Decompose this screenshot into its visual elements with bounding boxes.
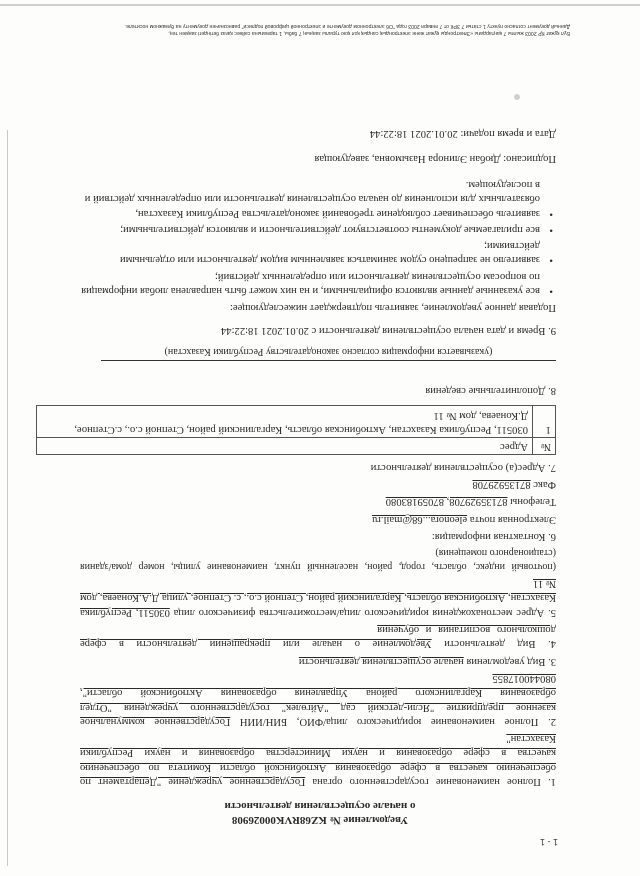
scan-speck xyxy=(514,94,520,100)
document-body: 1. Полное наименование государственного … xyxy=(80,123,556,788)
contact-phones: Телефоны 87135929708, 87059183080 xyxy=(80,494,556,508)
section-3: 3. Вид уведомления начале осуществления … xyxy=(80,653,556,667)
footer-russian: Данный документ согласно пункту 1 статьи… xyxy=(50,23,570,30)
section-5: 5. Адрес местонахождения юридического ли… xyxy=(80,576,556,619)
page-number: 1 - 1 xyxy=(540,836,558,848)
submission-label: Дата и время подачи: xyxy=(460,128,556,139)
table-row: 1 030511, Республика Казахстан, Актюбинс… xyxy=(37,406,556,438)
page-edge-bottom xyxy=(0,4,640,6)
email-value: eleonora...68@mail.ru xyxy=(372,514,467,525)
section-6-label: 6. Контактная информация: xyxy=(80,529,556,543)
phones-value: 87135929708, 87059183080 xyxy=(386,496,508,507)
confirmation-list: все указанные данные являются официальны… xyxy=(80,177,556,297)
submission-value: 20.01.2021 18:22:44 xyxy=(370,128,458,139)
section-7-label: 7. Адрес(а) осуществления деятельности xyxy=(80,459,556,473)
section-8-hint: (указывается информация согласно законод… xyxy=(101,345,556,359)
table-header-number: № xyxy=(533,438,556,455)
section-9: 9. Время и дата начала осуществления дея… xyxy=(80,322,556,336)
section-8-label: 8. Дополнительные сведения xyxy=(80,383,556,397)
signature-label: Подписано: xyxy=(503,153,556,164)
fax-label: Факс xyxy=(533,479,556,490)
activity-address-table: № Адрес 1 030511, Республика Казахстан, … xyxy=(36,405,556,455)
table-header-address: Адрес xyxy=(37,438,533,455)
table-header-row: № Адрес xyxy=(37,438,556,455)
footer-kazakh: Бұл құжат ҚР 2003 жылғы 7 қаңтардағы «Эл… xyxy=(50,29,570,36)
section-5-label: 5. Адрес местонахождения юридического ли… xyxy=(174,607,556,618)
document-page: 1 - 1 Уведомление № KZ68RVK00026908 о на… xyxy=(0,0,640,876)
section-4-label: 4. Вид деятельности xyxy=(444,638,556,649)
contact-fax: Факс 87135929708 xyxy=(80,477,556,491)
email-label: Электронная почта xyxy=(470,514,556,525)
confirmation-item: все указанные данные являются официальны… xyxy=(80,268,544,297)
phones-label: Телефоны xyxy=(510,496,556,507)
table-cell-number: 1 xyxy=(533,406,556,438)
submission-datetime: Дата и время подачи: 20.01.2021 18:22:44 xyxy=(80,126,556,140)
signature-value: Дюбан Элинора Назымовна, заведующая xyxy=(314,153,500,164)
legal-footer: Бұл құжат ҚР 2003 жылғы 7 қаңтардағы «Эл… xyxy=(50,23,570,37)
section-9-label: 9. Время и дата начала осуществления дея… xyxy=(312,325,556,336)
section-2-label: 2. Полное наименование юридического лица… xyxy=(240,716,556,727)
section-1-label: 1. Полное наименование государственного … xyxy=(312,776,556,787)
table-cell-address: 030511, Республика Казахстан, Актюбинска… xyxy=(37,406,533,438)
notice-number-heading: Уведомление № KZ68RVK00026908 xyxy=(0,812,640,826)
notice-subtitle: о начале осуществления деятельности xyxy=(0,799,640,813)
signature: Подписано: Дюбан Элинора Назымовна, заве… xyxy=(80,150,556,164)
section-3-value: начале осуществления деятельности xyxy=(299,656,464,667)
confirmation-item: заявителю не запрещено судом заниматься … xyxy=(80,238,544,267)
confirmation-item: все прилагаемые документы соответствуют … xyxy=(80,222,544,236)
additional-info-line xyxy=(101,360,556,361)
section-5-hint: (почтовый индекс, область, город, район,… xyxy=(80,546,556,573)
fax-value: 87135929708 xyxy=(472,479,530,490)
section-4: 4. Вид деятельности Уведомление о начале… xyxy=(80,622,556,651)
confirmation-intro: Подавая данное уведомление, заявитель по… xyxy=(80,300,556,314)
confirmation-item: заявитель обеспечивает соблюдение требов… xyxy=(80,177,544,220)
section-3-label: 3. Вид уведомления xyxy=(466,656,556,667)
section-1: 1. Полное наименование государственного … xyxy=(80,731,556,788)
document-title: Уведомление № KZ68RVK00026908 о начале о… xyxy=(0,799,640,827)
section-9-value: 20.01.2021 18:22:44 xyxy=(221,325,309,336)
contact-email: Электронная почта eleonora...68@mail.ru xyxy=(80,511,556,525)
section-2: 2. Полное наименование юридического лица… xyxy=(80,671,556,728)
page-edge-right xyxy=(7,130,8,866)
